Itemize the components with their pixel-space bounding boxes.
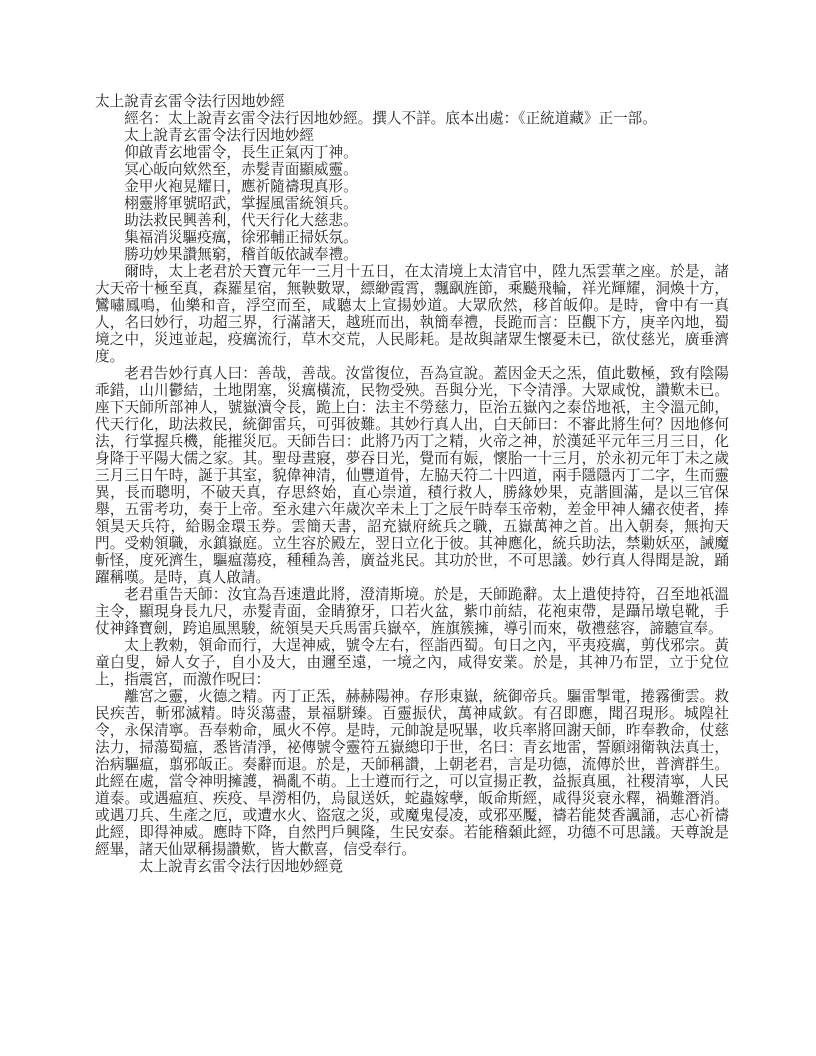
verse-line-7: 勝功妙果讚無窮，稽首皈依誠奉禮。	[95, 246, 729, 263]
closing-line: 太上說青玄雷令法行因地妙經竟	[95, 858, 729, 875]
scripture-page: 太上說青玄雷令法行因地妙經 經名：太上說青玄雷令法行因地妙經。撰人不詳。底本出處…	[0, 0, 816, 1056]
paragraph-opening: 爾時，太上老君於天寶元年一三月十五日，在太清境上太清官中，陞九炁雲華之座。於是，…	[95, 263, 729, 365]
verse-line-3: 金甲火袍晃耀日，應祈隨禱現真形。	[95, 178, 729, 195]
verse-line-1: 仰啟青玄地雷令，長生正氣丙丁神。	[95, 144, 729, 161]
paragraph-laojun-tells-miaoxing: 老君告妙行真人曰：善哉，善哉。汝當復位，吾為宣說。蓋因金天之炁，值此數極，致有陰…	[95, 365, 729, 586]
paragraph-taishang-command: 太上教勑，領命而行，大逞神威，號令左右，徑詣西蜀。旬日之內，平夷疫癘，剪伐邪宗。…	[95, 637, 729, 688]
verse-line-4: 栩靈將軍號昭武，掌握風雷統領兵。	[95, 195, 729, 212]
inner-title: 太上說青玄雷令法行因地妙經	[95, 127, 729, 144]
paragraph-laojun-tells-tianshi: 老君重告天師：汝宜為吾速遣此將，澄清斯境。於是，天師跪辭。太上遣使持符，召至地祇…	[95, 586, 729, 637]
verse-line-5: 助法救民興善利，代天行化大慈悲。	[95, 212, 729, 229]
paragraph-incantation-and-merit: 離宮之靈，火德之精。丙丁正炁，赫赫陽神。存形東嶽，統御帝兵。驅雷掣電，捲霧衝雲。…	[95, 688, 729, 858]
document-title: 太上說青玄雷令法行因地妙經	[95, 93, 729, 110]
verse-line-2: 冥心皈向欸然至，赤髮青面顯威靈。	[95, 161, 729, 178]
colophon-line: 經名：太上說青玄雷令法行因地妙經。撰人不詳。底本出處：《正統道藏》正一部。	[95, 110, 729, 127]
verse-line-6: 集福消災驅疫癘，徐邪輔正掃妖氛。	[95, 229, 729, 246]
